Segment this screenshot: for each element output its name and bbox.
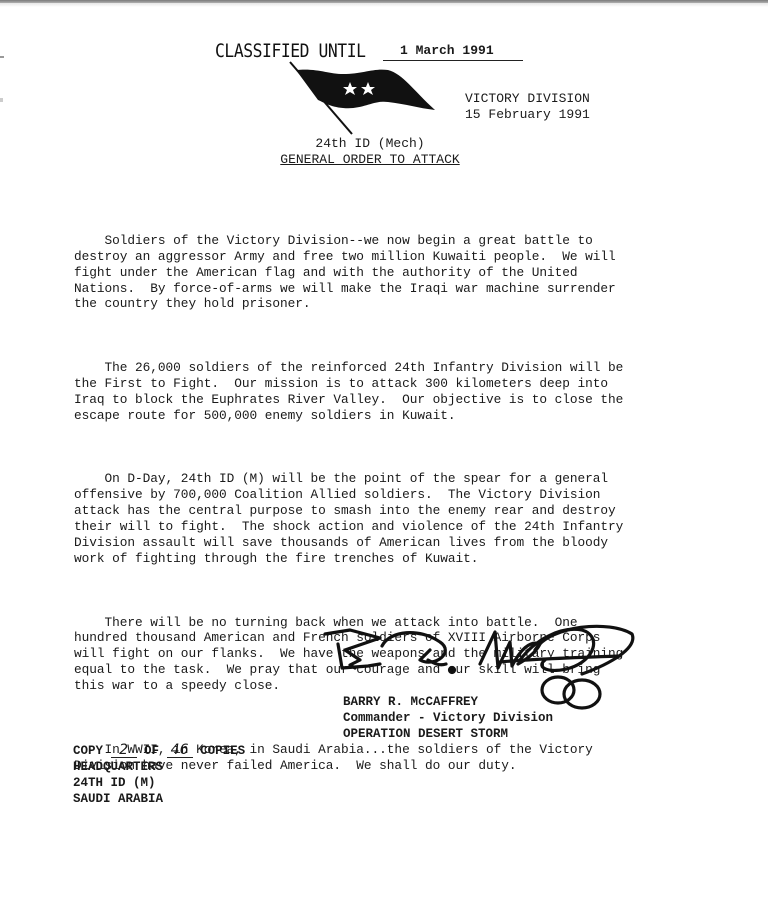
copy-block: COPY 2 OF 46 COPIES HEADQUARTERS 24TH ID… bbox=[73, 743, 245, 807]
copy-line: COPY 2 OF 46 COPIES bbox=[73, 743, 245, 759]
copy-of: OF bbox=[144, 744, 159, 758]
operation-name: OPERATION DESERT STORM bbox=[343, 726, 553, 742]
location-line: SAUDI ARABIA bbox=[73, 791, 245, 807]
letter-date: 15 February 1991 bbox=[465, 107, 590, 123]
signer-name: BARRY R. McCAFFREY bbox=[343, 694, 553, 710]
signature-block: BARRY R. McCAFFREY Commander - Victory D… bbox=[343, 694, 553, 742]
two-star-flag-icon bbox=[288, 60, 438, 135]
window-top-shadow bbox=[0, 3, 768, 7]
copy-total: 46 bbox=[167, 744, 193, 758]
division-name: VICTORY DIVISION bbox=[465, 91, 590, 107]
classified-label: CLASSIFIED UNTIL bbox=[215, 40, 366, 62]
paragraph: On D-Day, 24th ID (M) will be the point … bbox=[74, 471, 664, 566]
document-title: GENERAL ORDER TO ATTACK bbox=[0, 152, 740, 168]
scan-mark bbox=[0, 56, 4, 58]
unit-line: 24TH ID (M) bbox=[73, 775, 245, 791]
paragraph: The 26,000 soldiers of the reinforced 24… bbox=[74, 360, 664, 424]
unit-name: 24th ID (Mech) bbox=[0, 136, 740, 152]
copy-prefix: COPY bbox=[73, 744, 103, 758]
hq-line: HEADQUARTERS bbox=[73, 759, 245, 775]
signer-title: Commander - Victory Division bbox=[343, 710, 553, 726]
copy-number: 2 bbox=[111, 744, 137, 758]
classified-date: 1 March 1991 bbox=[383, 43, 523, 61]
header-right: VICTORY DIVISION 15 February 1991 bbox=[465, 91, 590, 123]
scan-mark bbox=[0, 98, 3, 102]
copy-suffix: COPIES bbox=[200, 744, 245, 758]
paragraph: Soldiers of the Victory Division--we now… bbox=[74, 233, 664, 313]
header-center: 24th ID (Mech) GENERAL ORDER TO ATTACK bbox=[0, 136, 740, 168]
